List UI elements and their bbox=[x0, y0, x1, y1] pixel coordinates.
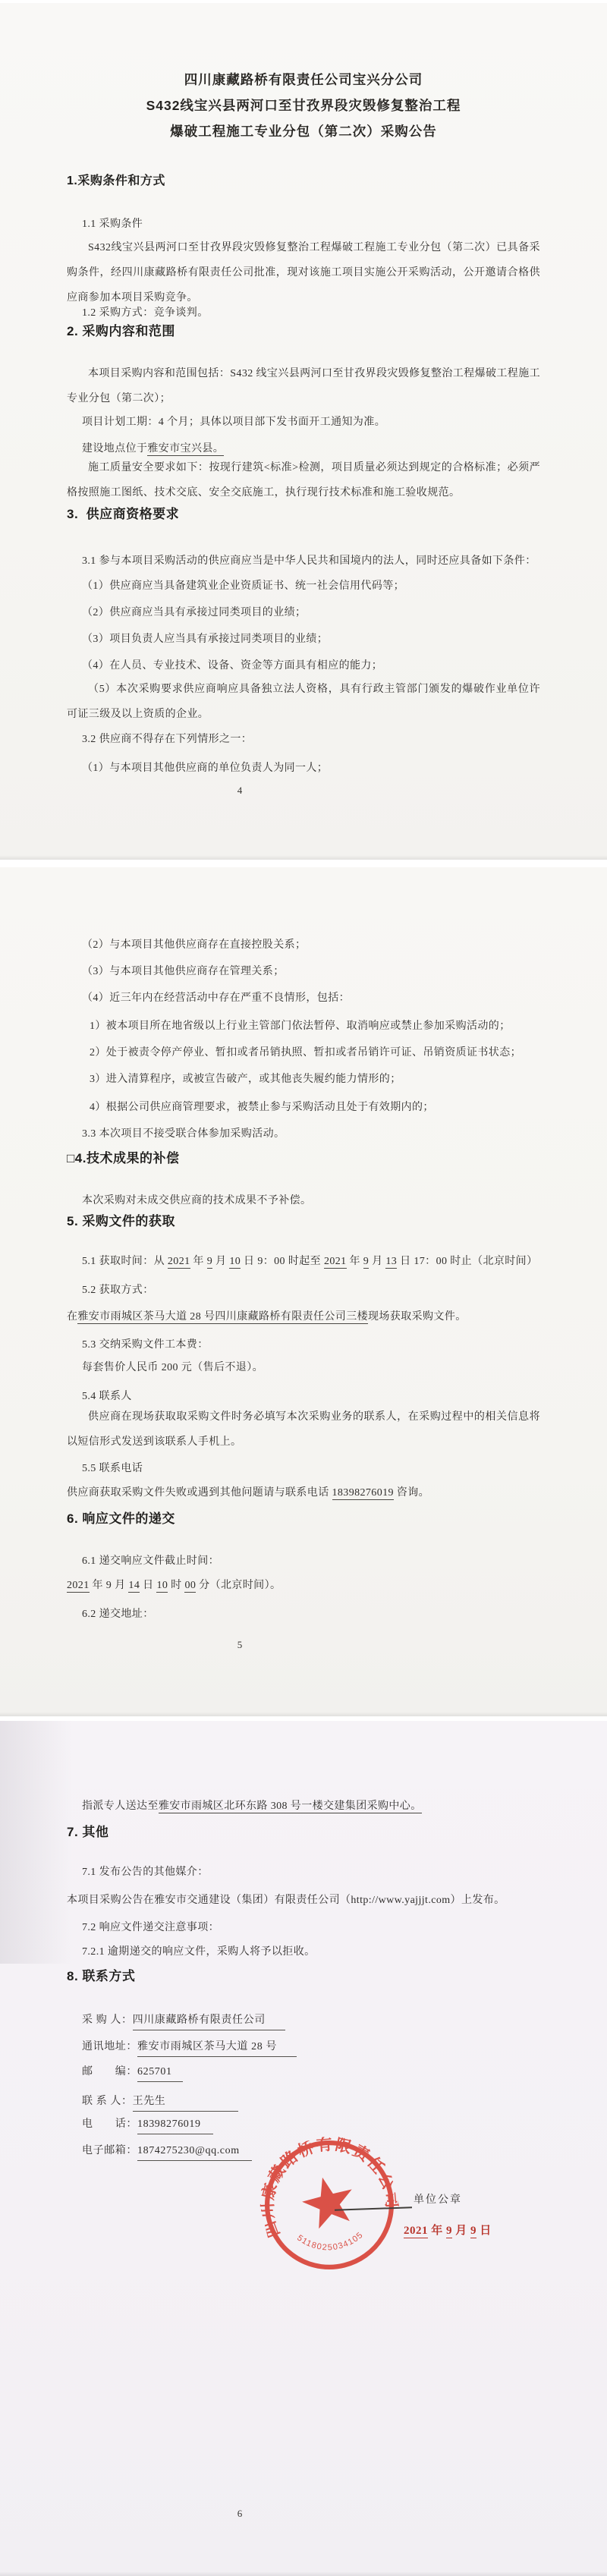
section-3-heading: 3. 供应商资格要求 bbox=[67, 505, 179, 524]
addr-post: 现场获取采购文件。 bbox=[368, 1311, 467, 1323]
date-b: 年 bbox=[428, 2225, 446, 2237]
hotline-line: 供应商获取采购文件失败或遇到其他问题请与联系电话 18398276019 咨询。 bbox=[67, 1485, 429, 1501]
requirement-item-1: （1）供应商应当具备建筑业企业资质证书、统一社会信用代码等； bbox=[82, 578, 404, 594]
date-month: 9 bbox=[446, 2225, 452, 2238]
addr-pre: 在 bbox=[67, 1311, 77, 1323]
section-5-heading: 5. 采购文件的获取 bbox=[67, 1213, 175, 1231]
purchaser-value: 四川康藏路桥有限责任公司 bbox=[133, 2012, 285, 2030]
section-1-heading: 1.采购条件和方式 bbox=[67, 172, 165, 190]
pickup-address-line: 在雅安市雨城区茶马大道 28 号四川康藏路桥有限责任公司三楼现场获取采购文件。 bbox=[67, 1309, 467, 1325]
t51-year2: 2021 bbox=[324, 1256, 347, 1269]
person-value: 王先生 bbox=[133, 2093, 239, 2112]
contact-row-postcode: 邮 编：625701 bbox=[82, 2064, 183, 2082]
page-1: 四川康藏路桥有限责任公司宝兴分公司 S432线宝兴县两河口至甘孜界段灾毁修复整治… bbox=[0, 3, 607, 860]
t51-month1: 9 bbox=[207, 1256, 212, 1269]
hotline-number: 18398276019 bbox=[332, 1487, 394, 1500]
page-number-4: 4 bbox=[0, 785, 480, 797]
clause-6-1: 6.1 递交响应文件截止时间： bbox=[82, 1553, 219, 1569]
bad-record-item-3: 3）进入清算程序，或被宣告破产，或其他丧失履约能力情形的； bbox=[90, 1071, 401, 1087]
contact-row-phone: 电 话：18398276019 bbox=[82, 2116, 213, 2134]
section-8-heading: 8. 联系方式 bbox=[67, 1967, 135, 1986]
bad-record-item-1: 1）被本项目所在地省级以上行业主管部门依法暂停、取消响应或禁止参加采购活动的； bbox=[90, 1018, 511, 1034]
deadline-line: 2021 年 9 月 14 日 10 时 00 分（北京时间）。 bbox=[67, 1577, 281, 1593]
date-year: 2021 bbox=[404, 2225, 428, 2238]
clause-7-2-1: 7.2.1 逾期递交的响应文件，采购人将予以拒收。 bbox=[82, 1944, 316, 1960]
contact-row-email: 电子邮箱：1874275230@qq.com bbox=[82, 2143, 252, 2161]
clause-7-1: 7.1 发布公告的其他媒介： bbox=[82, 1864, 209, 1880]
clause-1-1: 1.1 采购条件 bbox=[82, 216, 143, 232]
seal-star-icon bbox=[297, 2172, 359, 2232]
date-day: 9 bbox=[470, 2225, 476, 2238]
delivery-pre: 指派专人送达至 bbox=[82, 1801, 159, 1812]
address-label: 通讯地址： bbox=[82, 2041, 137, 2052]
clause-1-1-paragraph: S432线宝兴县两河口至甘孜界段灾毁修复整治工程爆破工程施工专业分包（第二次）已… bbox=[67, 235, 540, 310]
requirement-item-2: （2）供应商应当具有承接过同类项目的业绩； bbox=[82, 605, 306, 621]
t51-a: 5.1 获取时间：从 bbox=[82, 1256, 168, 1267]
title-line-1: 四川康藏路桥有限责任公司宝兴分公司 bbox=[0, 67, 607, 93]
bad-record-item-4: 4）根据公司供应商管理要求，被禁止参与采购活动且处于有效期内的； bbox=[90, 1099, 434, 1115]
location-pre: 建设地点位于 bbox=[82, 443, 147, 454]
date-f: 日 bbox=[476, 2225, 492, 2237]
deadline-hour: 10 bbox=[156, 1580, 168, 1593]
seal-label: 单位公章 bbox=[414, 2191, 462, 2206]
address-value: 雅安市雨城区茶马大道 28 号 bbox=[137, 2039, 297, 2057]
page-number-6: 6 bbox=[0, 2508, 480, 2520]
email-value: 1874275230@qq.com bbox=[137, 2143, 252, 2161]
phone-label: 电 话： bbox=[82, 2118, 137, 2130]
t51-day1: 10 bbox=[229, 1256, 241, 1269]
clause-5-2: 5.2 获取方式： bbox=[82, 1282, 154, 1298]
prohibited-item-2: （2）与本项目其他供应商存在直接控股关系； bbox=[82, 937, 306, 953]
requirement-item-3: （3）项目负责人应当具有承接过同类项目的业绩； bbox=[82, 631, 328, 647]
page-number-5: 5 bbox=[0, 1639, 480, 1651]
t51-k: 月 bbox=[369, 1256, 385, 1267]
requirement-item-5: （5）本次采购要求供应商响应具备独立法人资格，具有行政主管部门颁发的爆破作业单位… bbox=[67, 677, 540, 727]
pickup-address-underlined: 雅安市雨城区茶马大道 28 号四川康藏路桥有限责任公司三楼 bbox=[77, 1311, 368, 1324]
t51-year1: 2021 bbox=[168, 1256, 190, 1269]
purchaser-label: 采 购 人： bbox=[82, 2015, 133, 2026]
section-4-heading: □4.技术成果的补偿 bbox=[67, 1150, 179, 1168]
t51-day2: 13 bbox=[385, 1256, 397, 1269]
schedule-line: 项目计划工期：4 个月；具体以项目部下发书面开工通知为准。 bbox=[82, 414, 385, 430]
scanned-procurement-notice: 四川康藏路桥有限责任公司宝兴分公司 S432线宝兴县两河口至甘孜界段灾毁修复整治… bbox=[0, 0, 607, 2576]
date-d: 月 bbox=[452, 2225, 470, 2237]
clause-1-2: 1.2 采购方式：竞争谈判。 bbox=[82, 305, 209, 321]
bad-record-item-2: 2）处于被责令停产停业、暂扣或者吊销执照、暂扣或者吊销许可证、吊销资质证书状态； bbox=[90, 1045, 521, 1061]
clause-6-2: 6.2 递交地址： bbox=[82, 1606, 154, 1622]
t51-g: 日 9：00 时起至 bbox=[241, 1256, 324, 1267]
prohibited-item-3: （3）与本项目其他供应商存在管理关系； bbox=[82, 964, 285, 980]
prohibited-item-4: （4）近三年内在经营活动中存在严重不良情形，包括： bbox=[82, 990, 350, 1006]
delivery-address-line: 指派专人送达至雅安市雨城区北环东路 308 号一楼交建集团采购中心。 bbox=[82, 1798, 422, 1814]
postcode-label: 邮 编： bbox=[82, 2066, 137, 2077]
hotline-pre: 供应商获取采购文件失败或遇到其他问题请与联系电话 bbox=[67, 1487, 332, 1499]
contact-row-purchaser: 采 购 人：四川康藏路桥有限责任公司 bbox=[82, 2012, 285, 2030]
contact-row-address: 通讯地址：雅安市雨城区茶马大道 28 号 bbox=[82, 2039, 297, 2057]
quality-paragraph: 施工质量安全要求如下：按现行建筑<标准>检测，项目质量必须达到规定的合格标准；必… bbox=[67, 455, 540, 505]
clause-7-2: 7.2 响应文件递交注意事项： bbox=[82, 1920, 219, 1936]
delivery-address-underlined: 雅安市雨城区北环东路 308 号一楼交建集团采购中心。 bbox=[159, 1801, 422, 1813]
t61-d: 日 bbox=[140, 1580, 156, 1591]
clause-4-paragraph: 本次采购对未成交供应商的技术成果不予补偿。 bbox=[82, 1193, 311, 1209]
clause-3-3: 3.3 本次项目不接受联合体参加采购活动。 bbox=[82, 1126, 285, 1142]
t61-f: 时 bbox=[168, 1580, 184, 1591]
section-2-heading: 2. 采购内容和范围 bbox=[67, 322, 175, 341]
t61-h: 分（北京时间）。 bbox=[196, 1580, 281, 1591]
title-line-2: S432线宝兴县两河口至甘孜界段灾毁修复整治工程 bbox=[0, 93, 607, 118]
company-seal-stamp: 四川康藏路桥有限责任公司 5118025034105 bbox=[247, 2123, 411, 2287]
title-line-3: 爆破工程施工专业分包（第二次）采购公告 bbox=[0, 118, 607, 144]
document-title: 四川康藏路桥有限责任公司宝兴分公司 S432线宝兴县两河口至甘孜界段灾毁修复整治… bbox=[0, 67, 607, 144]
section-6-heading: 6. 响应文件的递交 bbox=[67, 1510, 175, 1528]
t51-m: 日 17：00 时止（北京时间） bbox=[397, 1256, 537, 1267]
document-fee-line: 每套售价人民币 200 元（售后不退）。 bbox=[82, 1360, 263, 1376]
seal-number-arc-text: 5118025034105 bbox=[294, 2219, 367, 2261]
clause-5-4: 5.4 联系人 bbox=[82, 1389, 132, 1404]
prohibited-item-1: （1）与本项目其他供应商的单位负责人为同一人； bbox=[82, 760, 328, 776]
clause-3-2: 3.2 供应商不得存在下列情形之一： bbox=[82, 731, 252, 747]
person-label: 联 系 人： bbox=[82, 2096, 133, 2107]
clause-5-3: 5.3 交纳采购文件工本费： bbox=[82, 1337, 209, 1353]
section-7-heading: 7. 其他 bbox=[67, 1823, 109, 1842]
t51-c: 年 bbox=[190, 1256, 207, 1267]
contact-row-person: 联 系 人：王先生 bbox=[82, 2093, 238, 2112]
requirement-item-4: （4）在人员、专业技术、设备、资金等方面具有相应的能力； bbox=[82, 658, 382, 674]
page-3: 指派专人送达至雅安市雨城区北环东路 308 号一楼交建集团采购中心。 7. 其他… bbox=[0, 1721, 607, 2576]
email-label: 电子邮箱： bbox=[82, 2145, 137, 2156]
deadline-minute: 00 bbox=[184, 1580, 196, 1593]
contact-person-paragraph: 供应商在现场获取取采购文件时务必填写本次采购业务的联系人，在采购过程中的相关信息… bbox=[67, 1404, 540, 1455]
clause-3-1: 3.1 参与本项目采购活动的供应商应当是中华人民共和国境内的法人，同时还应具备如… bbox=[82, 553, 536, 569]
deadline-year: 2021 bbox=[67, 1580, 90, 1593]
t51-e: 月 bbox=[212, 1256, 229, 1267]
publish-media-line: 本项目采购公告在雅安市交通建设（集团）有限责任公司（http://www.yaj… bbox=[67, 1892, 505, 1908]
phone-value: 18398276019 bbox=[137, 2116, 213, 2134]
announcement-date: 2021 年 9 月 9 日 bbox=[404, 2222, 492, 2238]
location-underlined: 雅安市宝兴县。 bbox=[147, 443, 224, 456]
deadline-day: 14 bbox=[128, 1580, 140, 1593]
clause-5-5: 5.5 联系电话 bbox=[82, 1461, 143, 1477]
clause-5-1: 5.1 获取时间：从 2021 年 9 月 10 日 9：00 时起至 2021… bbox=[82, 1253, 538, 1269]
page-gap-1 bbox=[0, 860, 607, 867]
t51-i: 年 bbox=[347, 1256, 363, 1267]
page-2: （2）与本项目其他供应商存在直接控股关系； （3）与本项目其他供应商存在管理关系… bbox=[0, 867, 607, 1716]
t61-b: 年 9 月 bbox=[90, 1580, 129, 1591]
hotline-post: 咨询。 bbox=[394, 1487, 429, 1499]
postcode-value: 625701 bbox=[137, 2064, 183, 2082]
scope-paragraph: 本项目采购内容和范围包括：S432 线宝兴县两河口至甘孜界段灾毁修复整治工程爆破… bbox=[67, 361, 540, 411]
location-line: 建设地点位于雅安市宝兴县。 bbox=[82, 441, 224, 457]
